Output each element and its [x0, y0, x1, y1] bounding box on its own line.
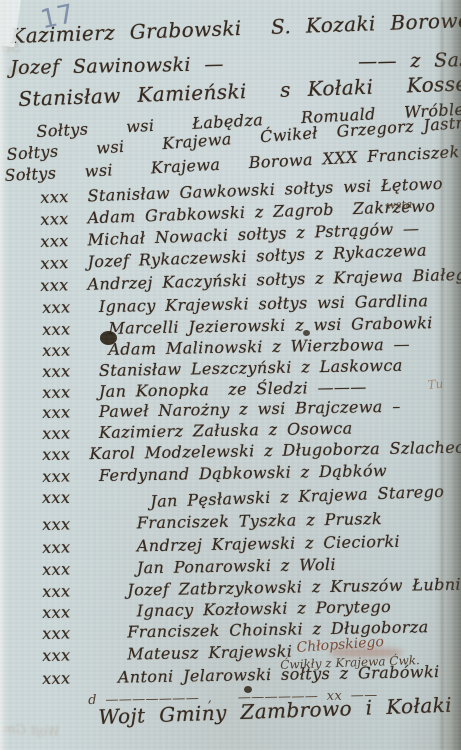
page-edge-left — [0, 0, 8, 750]
manuscript-line: xxx Mateusz Krajewski — [42, 642, 292, 665]
ink-blot — [303, 330, 310, 336]
ink-blot — [100, 331, 117, 345]
manuscript-line: xxx Jozef Zatbrzykowski z Kruszów Łubnic… — [42, 574, 461, 601]
manuscript-line: Kazimierz Grabowski S. Kozaki Borowe — [10, 8, 461, 48]
manuscript-page: Sołtys wsi Łabędza Romuald Wróblewski xx… — [0, 0, 461, 750]
manuscript-line: xxx Andrzej Krajewski z Cieciorki — [42, 532, 400, 557]
annotation-superscript: wsta — [386, 198, 413, 212]
manuscript-line: Jan Pęsławski z Krajewa Starego — [150, 482, 445, 511]
manuscript-line: xxx Ferdynand Dąbkowski z Dąbków — [42, 461, 387, 486]
manuscript-line: xxx Kazimierz Załuska z Osowca — [42, 419, 353, 443]
annotation-margin-mark: Tu — [427, 377, 444, 392]
manuscript-line: xxx Jan Ponarowski z Woli — [42, 555, 336, 579]
ink-blot — [244, 686, 252, 693]
manuscript-line: xxx Franciszek Tyszka z Pruszk — [42, 509, 382, 534]
bleed-through-text: Wojt Gminy Zambrowo i Kołaki — [0, 714, 60, 740]
manuscript-line: xxx — [42, 488, 70, 507]
manuscript-line: xxx Ignacy Krajewski sołtys wsi Gardlina — [42, 291, 428, 317]
